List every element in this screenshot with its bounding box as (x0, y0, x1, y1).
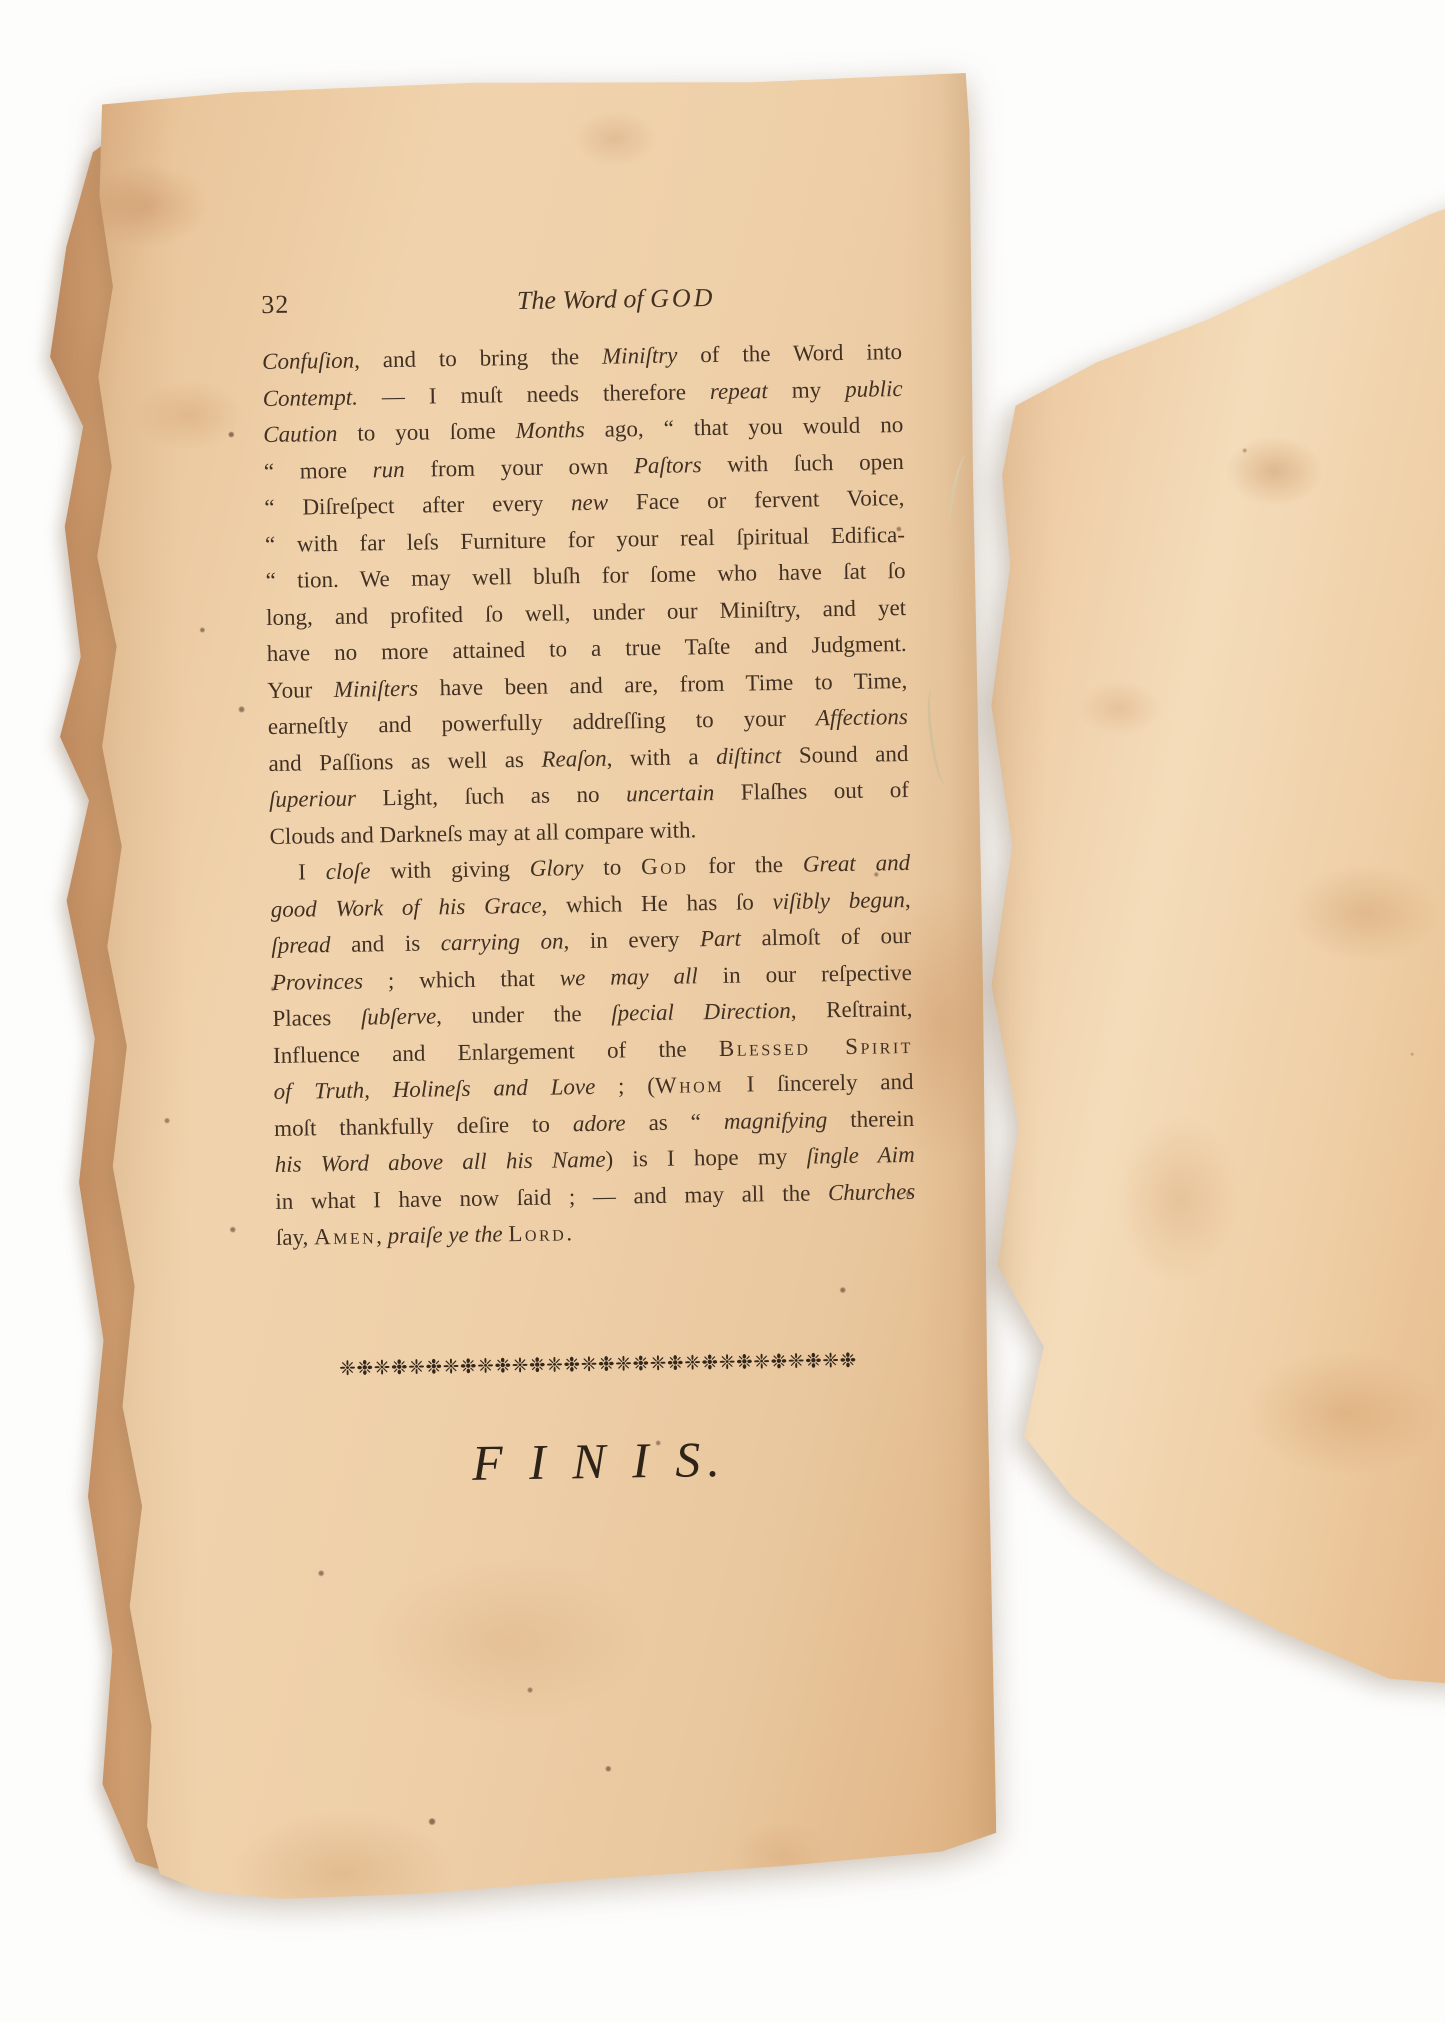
text-segment: Your (267, 676, 334, 702)
text-segment: Months (515, 417, 584, 443)
text-segment: , (905, 886, 911, 911)
text-segment: have been and are, from Time to Time, (418, 667, 907, 700)
text-segment: repeat (710, 378, 768, 404)
text-segment: Provinces (272, 968, 364, 994)
text-segment: ; which that (363, 965, 560, 993)
text-segment: diſtinct (716, 742, 782, 768)
text-segment: Miniſtry (602, 343, 678, 369)
text-segment: Face or fervent Voice, (608, 485, 905, 515)
text-segment: Amen (314, 1223, 377, 1249)
text-segment: Part (700, 926, 741, 952)
text-segment: my (768, 376, 846, 402)
recto-page: 32 The Word of GOD Confuſion, and to bri… (54, 73, 997, 1902)
text-segment: Contempt. (263, 384, 359, 410)
text-segment: Light, ſuch as no (356, 781, 627, 810)
verso-leaf-shadow (935, 150, 1445, 1680)
running-title-caps: GOD (650, 283, 716, 313)
text-segment: , under the (436, 1001, 611, 1029)
text-segment: run (372, 456, 404, 481)
text-segment: therein (827, 1105, 914, 1131)
text-segment: Lord (508, 1220, 566, 1246)
text-segment: Miniſters (334, 675, 419, 701)
text-segment: God (641, 853, 689, 879)
text-segment: ago, “ that you would no (584, 412, 903, 442)
text-segment: we may all (560, 963, 698, 990)
text-segment: Confuſion (262, 348, 354, 374)
text-segment: and Paſſions as well as (268, 746, 541, 775)
text-segment: from your own (404, 453, 634, 482)
text-segment: of the Word into (677, 339, 902, 368)
text-segment: Blessed Spirit (719, 1032, 913, 1060)
text-segment: for the (688, 852, 803, 879)
text-segment: Whom (655, 1072, 724, 1098)
text-segment: have no more attained to a true Taſte an… (267, 631, 907, 666)
text-segment: of Truth, Holineſs and Love (273, 1074, 595, 1104)
text-segment: good Work of his Grace (271, 892, 542, 921)
text-segment: I ſincerely and (724, 1069, 914, 1097)
text-segment: long, and profited ſo well, under our Mi… (266, 594, 906, 629)
body-text: Confuſion, and to bring the Miniſtry of … (262, 334, 916, 1256)
page-number: 32 (261, 289, 331, 320)
text-segment: moſt thankfully deſire to (274, 1111, 573, 1141)
text-segment: Flaſhes out of (714, 777, 909, 805)
text-segment: Great and (803, 850, 911, 877)
text-segment: his Word above all his Name (275, 1147, 606, 1177)
text-segment: with ſuch open (701, 448, 904, 476)
text-segment: I (298, 859, 326, 884)
text-segment: carrying on (441, 928, 564, 955)
text-segment: ſingle Aim (806, 1142, 915, 1169)
text-segment: Reaſon (541, 745, 607, 771)
text-segment: Churches (828, 1178, 916, 1204)
text-segment: “ Diſreſpect after every (264, 490, 571, 520)
text-segment: in what I have now ſaid ; — and may all … (275, 1180, 828, 1214)
text-segment: . (566, 1220, 572, 1245)
text-segment: with giving (370, 856, 530, 884)
text-segment: as “ (625, 1108, 724, 1135)
text-segment: Clouds and Darkneſs may at all compare w… (269, 817, 696, 849)
recto-page-shadow: 32 The Word of GOD Confuſion, and to bri… (68, 80, 983, 1895)
ornament-divider: ❈❉❈❉❈❉❈❉❈❉❈❉❈❉❈❉❈❉❈❉❈❉❈❉❈❉❈❉❈❉ (278, 1346, 918, 1380)
text-segment: , Reſtraint, (791, 996, 913, 1023)
text-segment: Affections (816, 704, 908, 730)
text-segment: ſuperiour (269, 786, 356, 812)
text-segment: praiſe ye the (387, 1221, 502, 1248)
book-photo: 32 The Word of GOD Confuſion, and to bri… (0, 0, 1445, 2023)
text-segment: ſpread (271, 932, 331, 958)
text-segment: ; ( (595, 1073, 655, 1099)
text-segment: earneſtly and powerfully addreſſing to y… (268, 705, 816, 739)
text-segment: viſibly begun (772, 887, 905, 914)
text-segment: Paſtors (634, 452, 702, 478)
text-segment: Caution (263, 421, 338, 447)
finis-text: F I N I S. (279, 1426, 920, 1494)
text-segment: almoſt of our (741, 923, 912, 951)
text-segment: uncertain (626, 780, 715, 806)
text-segment: new (571, 490, 608, 516)
text-segment: — I muſt needs therefore (358, 379, 710, 410)
text-segment: in our reſpective (698, 959, 912, 987)
text-segment: magnifying (724, 1107, 828, 1134)
text-segment: , with a (606, 743, 716, 770)
text-segment: ſpecial Direction (611, 998, 791, 1026)
text-segment: “ with far leſs Furniture for your real … (265, 521, 905, 556)
text-segment: to you ſome (337, 418, 516, 446)
text-segment: “ tion. We may well bluſh for ſome who h… (265, 558, 905, 593)
text-segment: adore (573, 1110, 626, 1136)
text-segment: , (376, 1223, 388, 1248)
text-segment: , in every (563, 926, 700, 953)
running-title-main: The Word of (517, 284, 651, 315)
text-segment: public (845, 376, 903, 402)
text-segment: “ more (264, 457, 373, 484)
text-segment: ſay, (276, 1224, 314, 1250)
verso-leaf (919, 144, 1445, 1685)
text-segment: ) is I hope my (605, 1144, 806, 1172)
text-segment: Places (272, 1005, 361, 1031)
text-segment: Influence and Enlargement of the (273, 1035, 719, 1067)
running-title: The Word of GOD (331, 280, 901, 319)
running-head: 32 The Word of GOD (261, 280, 902, 330)
text-segment: and is (330, 930, 441, 957)
text-segment: , and to bring the (354, 344, 602, 373)
text-segment: to (583, 854, 641, 880)
text-segment: , which He has ſo (541, 889, 772, 918)
printed-content: 32 The Word of GOD Confuſion, and to bri… (261, 280, 920, 1494)
text-segment: cloſe (326, 858, 371, 884)
text-segment: Glory (530, 855, 584, 881)
text-segment: ſubſerve (361, 1003, 437, 1029)
text-segment: Sound and (781, 740, 909, 767)
